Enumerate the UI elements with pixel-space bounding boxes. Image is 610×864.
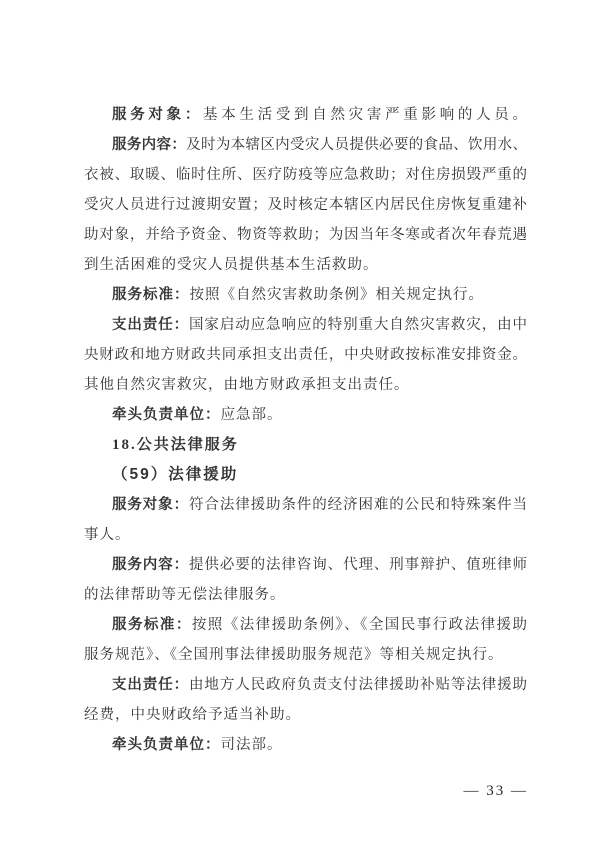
paragraph-label: 服务对象：	[112, 107, 203, 123]
text-line: 牵头负责单位：司法部。	[84, 730, 527, 760]
paragraph: 服务标准：按照《法律援助条例》、《全国民事行政法律援助服务规范》、《全国刑事法律…	[84, 610, 527, 670]
paragraph-label: 服务内容：	[112, 557, 189, 573]
line-text: （59）法律援助	[112, 466, 238, 483]
text-line: 其他自然灾害救灾，由地方财政承担支出责任。	[84, 370, 527, 400]
text-line: 牵头负责单位：应急部。	[84, 400, 527, 430]
text-line: 服务内容：提供必要的法律咨询、代理、刑事辩护、值班律师	[84, 550, 527, 580]
document-page: 服务对象：基本生活受到自然灾害严重影响的人员。服务内容：及时为本辖区内受灾人员提…	[0, 0, 610, 864]
text-line: 央财政和地方财政共同承担支出责任，中央财政按标准安排资金。	[84, 340, 527, 370]
paragraph: 服务标准：按照《自然灾害救助条例》相关规定执行。	[84, 280, 527, 310]
line-text: 提供必要的法律咨询、代理、刑事辩护、值班律师	[189, 557, 527, 573]
paragraph-label: 服务标准：	[112, 617, 192, 633]
line-text: 其他自然灾害救灾，由地方财政承担支出责任。	[84, 377, 410, 393]
paragraph-label: 服务内容：	[112, 137, 186, 153]
text-line: 服务规范》、《全国刑事法律援助服务规范》等相关规定执行。	[84, 640, 527, 670]
line-text: 服务规范》、《全国刑事法律援助服务规范》等相关规定执行。	[84, 647, 504, 663]
line-text: 按照《法律援助条例》、《全国民事行政法律援助	[192, 617, 527, 633]
document-body: 服务对象：基本生活受到自然灾害严重影响的人员。服务内容：及时为本辖区内受灾人员提…	[84, 100, 527, 760]
page-footer: — 33 —	[464, 776, 529, 806]
paragraph: 服务内容：及时为本辖区内受灾人员提供必要的食品、饮用水、衣被、取暖、临时住所、医…	[84, 130, 527, 280]
line-text: 及时为本辖区内受灾人员提供必要的食品、饮用水、	[186, 137, 527, 153]
line-text: 应急部。	[221, 407, 283, 423]
text-line: 受灾人员进行过渡期安置；及时核定本辖区内居民住房恢复重建补	[84, 190, 527, 220]
text-line: 服务内容：及时为本辖区内受灾人员提供必要的食品、饮用水、	[84, 130, 527, 160]
text-line: 到生活困难的受灾人员提供基本生活救助。	[84, 250, 527, 280]
line-text: 由地方人民政府负责支付法律援助补贴等法律援助	[189, 677, 527, 693]
line-text: 的法律帮助等无偿法律服务。	[84, 587, 286, 603]
section-heading: 18.公共法律服务	[84, 430, 527, 460]
line-text: 司法部。	[221, 737, 283, 753]
line-text: 央财政和地方财政共同承担支出责任，中央财政按标准安排资金。	[84, 347, 527, 363]
text-line: 服务对象：符合法律援助条件的经济困难的公民和特殊案件当	[84, 490, 527, 520]
paragraph: 服务对象：符合法律援助条件的经济困难的公民和特殊案件当事人。	[84, 490, 527, 550]
text-line: 支出责任：由地方人民政府负责支付法律援助补贴等法律援助	[84, 670, 527, 700]
page-number: — 33 —	[464, 783, 529, 799]
text-line: （59）法律援助	[84, 460, 527, 490]
text-line: 事人。	[84, 520, 527, 550]
line-text: 符合法律援助条件的经济困难的公民和特殊案件当	[189, 497, 527, 513]
text-line: 18.公共法律服务	[84, 430, 527, 460]
text-line: 经费，中央财政给予适当补助。	[84, 700, 527, 730]
paragraph-label: 牵头负责单位：	[112, 407, 221, 423]
line-text: 国家启动应急响应的特别重大自然灾害救灾，由中	[189, 317, 527, 333]
line-text: 事人。	[84, 527, 131, 543]
line-text: 按照《自然灾害救助条例》相关规定执行。	[190, 287, 485, 303]
line-text: 基本生活受到自然灾害严重影响的人员。	[203, 107, 527, 123]
text-line: 服务标准：按照《自然灾害救助条例》相关规定执行。	[84, 280, 527, 310]
paragraph-label: 服务对象：	[112, 497, 189, 513]
text-line: 服务标准：按照《法律援助条例》、《全国民事行政法律援助	[84, 610, 527, 640]
paragraph-label: 支出责任：	[112, 317, 189, 333]
line-text: 受灾人员进行过渡期安置；及时核定本辖区内居民住房恢复重建补	[84, 197, 527, 213]
line-text: 经费，中央财政给予适当补助。	[84, 707, 301, 723]
text-line: 支出责任：国家启动应急响应的特别重大自然灾害救灾，由中	[84, 310, 527, 340]
text-line: 衣被、取暖、临时住所、医疗防疫等应急救助；对住房损毁严重的	[84, 160, 527, 190]
paragraph: 牵头负责单位：司法部。	[84, 730, 527, 760]
text-line: 助对象，并给予资金、物资等救助；为因当年冬寒或者次年春荒遇	[84, 220, 527, 250]
text-line: 的法律帮助等无偿法律服务。	[84, 580, 527, 610]
paragraph-label: 牵头负责单位：	[112, 737, 221, 753]
paragraph: 支出责任：国家启动应急响应的特别重大自然灾害救灾，由中央财政和地方财政共同承担支…	[84, 310, 527, 400]
paragraph-label: 支出责任：	[112, 677, 189, 693]
paragraph: 服务内容：提供必要的法律咨询、代理、刑事辩护、值班律师的法律帮助等无偿法律服务。	[84, 550, 527, 610]
paragraph-label: 服务标准：	[112, 287, 190, 303]
text-line: 服务对象：基本生活受到自然灾害严重影响的人员。	[84, 100, 527, 130]
line-text: 到生活困难的受灾人员提供基本生活救助。	[84, 257, 379, 273]
item-heading: （59）法律援助	[84, 460, 527, 490]
line-text: 助对象，并给予资金、物资等救助；为因当年冬寒或者次年春荒遇	[84, 227, 527, 243]
paragraph: 牵头负责单位：应急部。	[84, 400, 527, 430]
paragraph: 服务对象：基本生活受到自然灾害严重影响的人员。	[84, 100, 527, 130]
line-text: 18.公共法律服务	[112, 437, 239, 453]
line-text: 衣被、取暖、临时住所、医疗防疫等应急救助；对住房损毁严重的	[84, 167, 527, 183]
paragraph: 支出责任：由地方人民政府负责支付法律援助补贴等法律援助经费，中央财政给予适当补助…	[84, 670, 527, 730]
